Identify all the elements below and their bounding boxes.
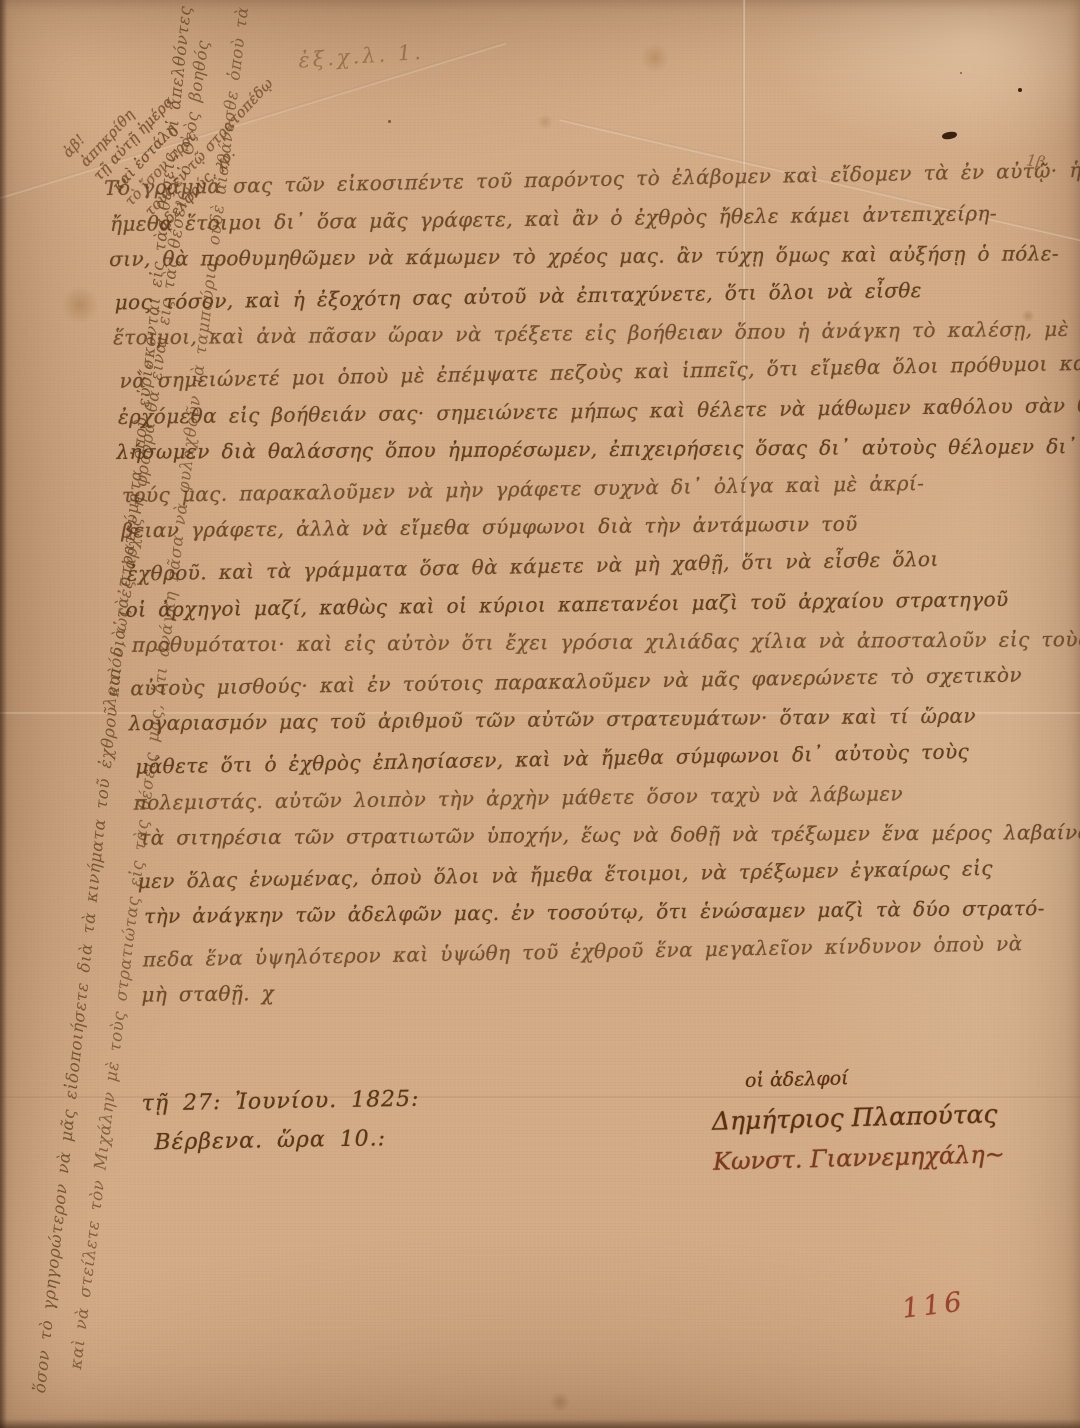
place-line: Βέρβενα. ὥρα 10.: — [154, 1119, 420, 1163]
ink-speck — [388, 120, 391, 123]
page-edge-shadow — [0, 1419, 1080, 1428]
ink-speck — [1018, 88, 1022, 92]
letter-body: Τὸ γράμμα σας τῶν εἰκοσιπέντε τοῦ παρόντ… — [104, 154, 1074, 1015]
closing-date-block: τῇ 27: Ἰουνίου. 1825: Βέρβενα. ὥρα 10.: — [141, 1080, 420, 1163]
manuscript-page: ἐξ.χ.λ. 1. 1β. ἀβ!ἀπηκρίθητῇ αὐτῇ ἡμέρᾳκ… — [0, 0, 1080, 1428]
date-line: τῇ 27: Ἰουνίου. 1825: — [141, 1080, 419, 1124]
page-number: 116 — [900, 1286, 967, 1325]
signature-salutation: οἱ ἀδελφοί — [744, 1054, 1001, 1101]
signature-name-2: Κωνστ. Γιαννεμηχάλη~ — [713, 1134, 1004, 1182]
signature-flourish: ~ — [984, 1140, 1003, 1168]
page-edge-shadow — [0, 0, 7, 1428]
ink-blot — [942, 131, 958, 140]
signature-name-2-text: Κωνστ. Γιαννεμηχάλη — [713, 1141, 985, 1176]
ink-speck — [960, 72, 962, 74]
signature-block: οἱ ἀδελφοί Δημήτριος Πλαπούτας Κωνστ. Γι… — [710, 1054, 1003, 1182]
